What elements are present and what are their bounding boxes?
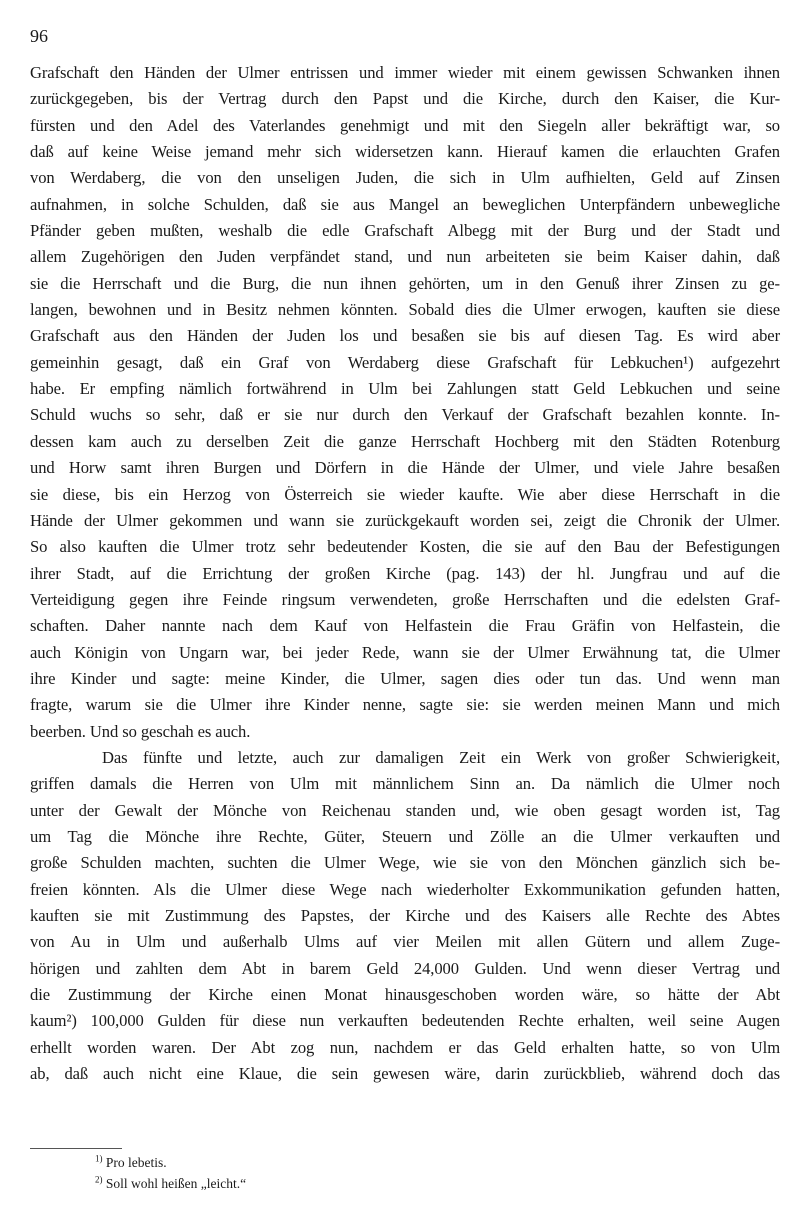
text-line: zurückgegeben, bis der Vertrag durch den… (30, 86, 780, 112)
text-line: Schuld wuchs so sehr, daß er sie nur dur… (30, 402, 780, 428)
text-line: Hände der Ulmer gekommen und wann sie zu… (30, 508, 780, 534)
paragraph-start-line: Das fünfte und letzte, auch zur damalige… (30, 745, 780, 771)
footnotes: 1) Pro lebetis. 2) Soll wohl heißen „lei… (95, 1152, 246, 1194)
text-line: von Werdaberg, die von den unseligen Jud… (30, 165, 780, 191)
text-line: dessen kam auch zu derselben Zeit die ga… (30, 429, 780, 455)
text-line: gemeinhin gesagt, daß ein Graf von Werda… (30, 350, 780, 376)
text-line: ihre Kinder und sagte: meine Kinder, die… (30, 666, 780, 692)
body-text: Grafschaft den Händen der Ulmer entrisse… (30, 60, 780, 1087)
text-line: allem Zugehörigen den Juden verpfändet s… (30, 244, 780, 270)
text-line: habe. Er empfing nämlich fortwährend in … (30, 376, 780, 402)
footnote-text: Pro lebetis. (103, 1155, 167, 1170)
text-line: auch Königin von Ungarn war, bei jeder R… (30, 640, 780, 666)
footnote-1: 1) Pro lebetis. (95, 1152, 246, 1173)
text-line: von Au in Ulm und außerhalb Ulms auf vie… (30, 929, 780, 955)
text-line: sie diese, bis ein Herzog von Österreich… (30, 482, 780, 508)
text-line: kaum²) 100,000 Gulden für diese nun verk… (30, 1008, 780, 1034)
text-line: große Schulden machten, suchten die Ulme… (30, 850, 780, 876)
text-line: fragte, warum sie die Ulmer ihre Kinder … (30, 692, 780, 718)
text-line: Verteidigung gegen ihre Feinde ringsum v… (30, 587, 780, 613)
text-line: kauften sie mit Zustimmung des Papstes, … (30, 903, 780, 929)
text-line: ab, daß auch nicht eine Klaue, die sein … (30, 1061, 780, 1087)
text-line: daß auf keine Weise jemand mehr sich wid… (30, 139, 780, 165)
footnote-text: Soll wohl heißen „leicht.“ (103, 1176, 247, 1191)
text-line: die Zustimmung der Kirche einen Monat hi… (30, 982, 780, 1008)
text-line: So also kauften die Ulmer trotz sehr bed… (30, 534, 780, 560)
text-line: griffen damals die Herren von Ulm mit mä… (30, 771, 780, 797)
text-line: fürsten und den Adel des Vaterlandes gen… (30, 113, 780, 139)
text-line: Grafschaft den Händen der Ulmer entrisse… (30, 60, 780, 86)
text-line: Pfänder geben mußten, weshalb die edle G… (30, 218, 780, 244)
text-line: schaften. Daher nannte nach dem Kauf von… (30, 613, 780, 639)
page-number: 96 (30, 26, 48, 47)
text-line: erhellt worden waren. Der Abt zog nun, n… (30, 1035, 780, 1061)
text-line: und Horw samt ihren Burgen und Dörfern i… (30, 455, 780, 481)
paragraph-end-line: beerben. Und so geschah es auch. (30, 719, 780, 745)
text-line: um Tag die Mönche ihre Rechte, Güter, St… (30, 824, 780, 850)
footnote-2: 2) Soll wohl heißen „leicht.“ (95, 1173, 246, 1194)
text-line: freien könnten. Als die Ulmer diese Wege… (30, 877, 780, 903)
text-line: hörigen und zahlten dem Abt in barem Gel… (30, 956, 780, 982)
text-line: aufnahmen, in solche Schulden, daß sie a… (30, 192, 780, 218)
footnote-mark: 1) (95, 1154, 103, 1164)
text-line: langen, bewohnen und in Besitz nehmen kö… (30, 297, 780, 323)
text-line: sie die Herrschaft und die Burg, die nun… (30, 271, 780, 297)
footnote-divider (30, 1148, 122, 1149)
text-line: ihrer Stadt, auf die Errichtung der groß… (30, 561, 780, 587)
footnote-mark: 2) (95, 1175, 103, 1185)
text-line: unter der Gewalt der Mönche von Reichena… (30, 798, 780, 824)
text-line: Grafschaft aus den Händen der Juden los … (30, 323, 780, 349)
